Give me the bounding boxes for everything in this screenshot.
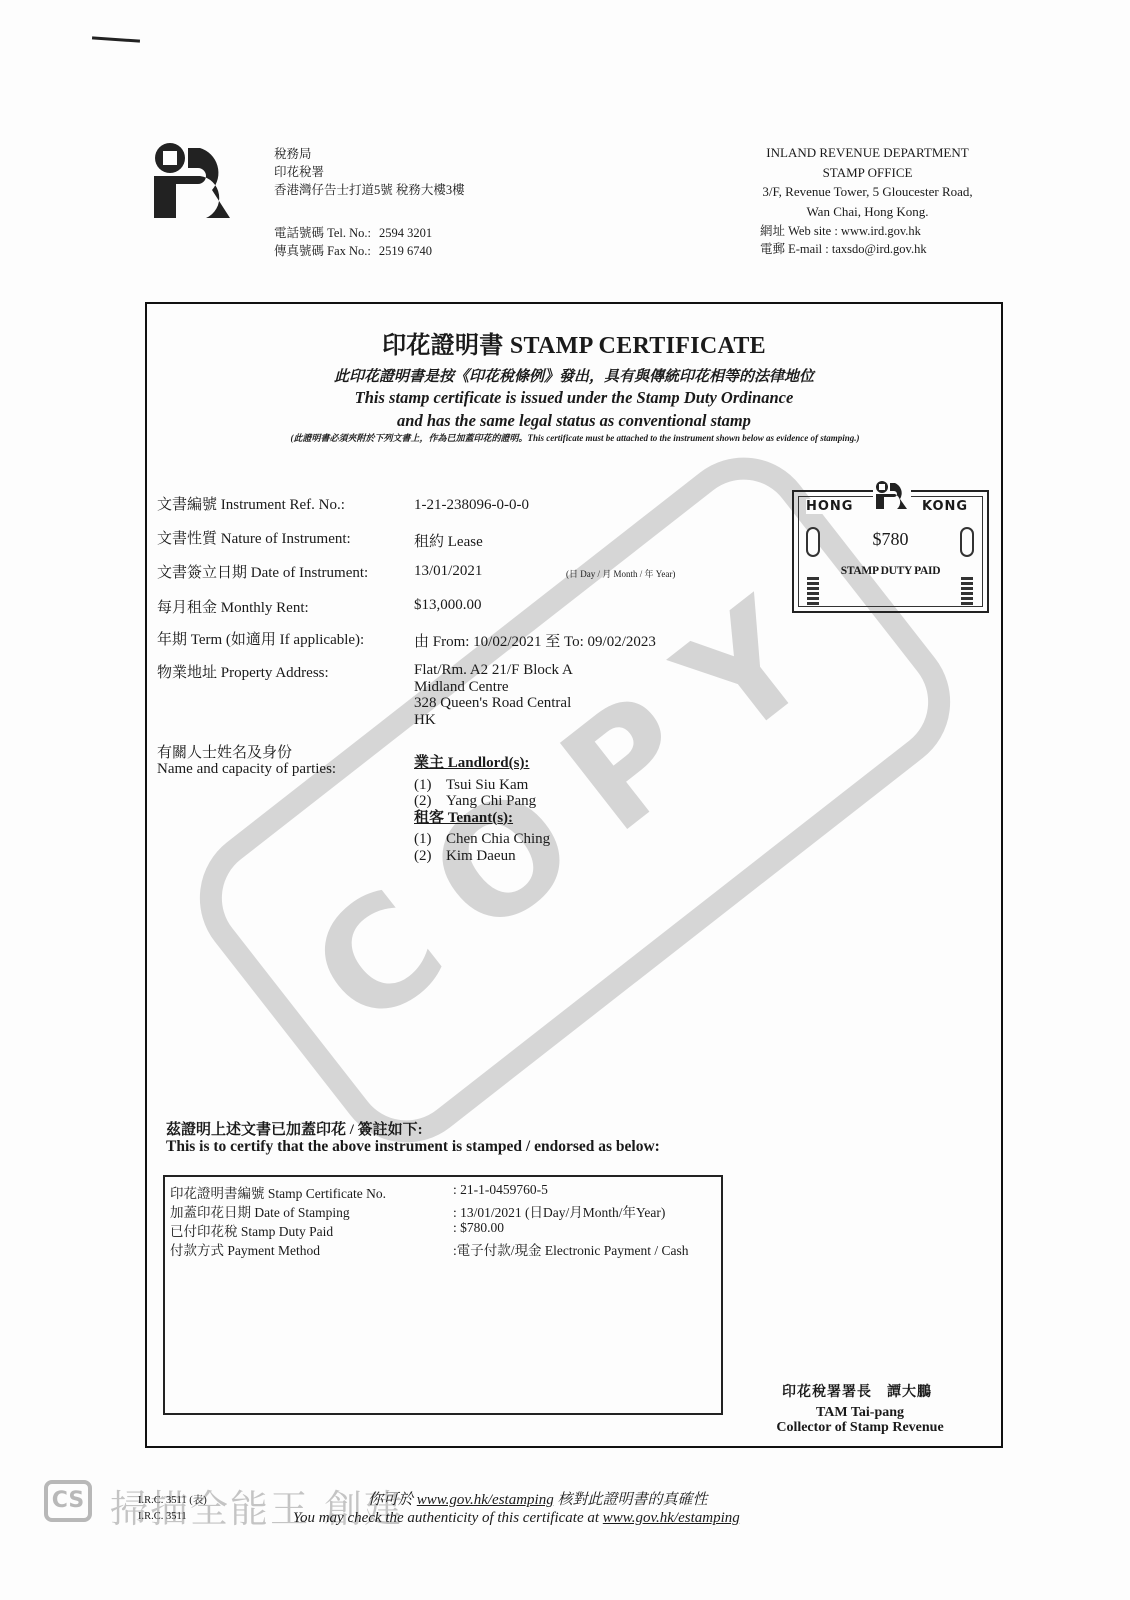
form-code: I.R.C. 3511 (表): [138, 1492, 207, 1507]
scan-artifact-line: [92, 36, 140, 42]
tenant-heading: 租客 Tenant(s):: [414, 810, 550, 827]
stamping-date-label: 加蓋印花日期 Date of Stamping: [170, 1201, 350, 1221]
landlord-heading: 業主 Landlord(s):: [414, 755, 550, 772]
stamp-amount: $780: [792, 529, 989, 550]
nature-label: 文書性質 Nature of Instrument:: [157, 527, 351, 548]
certificate-subtitle-en: This stamp certificate is issued under t…: [145, 386, 1003, 432]
parties-label: 有關人士姓名及身份 Name and capacity of parties:: [157, 745, 336, 777]
stamp-kong-text: KONG: [922, 499, 968, 514]
signatory-title-cn: 印花稅署署長 譚大鵬: [782, 1381, 932, 1401]
list-item: (1)Chen Chia Ching: [414, 831, 550, 848]
estamping-link[interactable]: www.gov.hk/estamping: [603, 1510, 740, 1526]
date-label: 文書簽立日期 Date of Instrument:: [157, 561, 368, 582]
payment-method-value: :電子付款/現金 Electronic Payment / Cash: [453, 1239, 688, 1259]
address-en-line-2: Wan Chai, Hong Kong.: [735, 202, 1000, 222]
term-label: 年期 Term (如適用 If applicable):: [157, 628, 364, 649]
cert-no-label: 印花證明書編號 Stamp Certificate No.: [170, 1182, 386, 1202]
date-value: 13/01/2021: [414, 563, 482, 580]
stamp-caption: STAMP DUTY PAID: [792, 565, 989, 577]
cert-no-value: : 21-1-0459760-5: [453, 1182, 548, 1198]
department-cn-line: 稅務局: [274, 145, 465, 163]
office-en-line: STAMP OFFICE: [735, 163, 1000, 183]
form-code: I.R.C. 3511: [138, 1511, 187, 1522]
address-line: HK: [414, 712, 573, 729]
list-item: (1)Tsui Siu Kam: [414, 777, 550, 794]
ird-logo-icon: [150, 140, 240, 220]
address-line: Midland Centre: [414, 679, 573, 696]
payment-method-label: 付款方式 Payment Method: [170, 1239, 320, 1259]
certificate-subtitle-cn: 此印花證明書是按《印花稅條例》發出，具有與傳統印花相等的法律地位: [145, 365, 1003, 386]
estamping-link[interactable]: www.gov.hk/estamping: [417, 1492, 554, 1508]
ird-stamp-logo-icon: [873, 480, 911, 510]
duty-paid-label: 已付印花稅 Stamp Duty Paid: [170, 1220, 333, 1240]
tel-value: 2594 3201: [379, 224, 432, 242]
list-item: (2)Kim Daeun: [414, 848, 550, 865]
nature-value: 租約 Lease: [414, 530, 483, 551]
duty-paid-value: : $780.00: [453, 1220, 504, 1236]
verify-note-en: You may check the authenticity of this c…: [293, 1510, 740, 1527]
term-value: 由 From: 10/02/2021 至 To: 09/02/2023: [414, 630, 656, 651]
address-label: 物業地址 Property Address:: [157, 661, 329, 682]
rent-label: 每月租金 Monthly Rent:: [157, 596, 309, 617]
certify-heading-cn: 茲證明上述文書已加蓋印花 / 簽註如下:: [166, 1118, 423, 1139]
stamp-ornament-icon: [961, 575, 973, 605]
verify-note-cn: 你可於 www.gov.hk/estamping 核對此證明書的真確性: [368, 1488, 707, 1509]
signatory-block: TAM Tai-pang Collector of Stamp Revenue: [760, 1405, 960, 1435]
certify-heading-en: This is to certify that the above instru…: [166, 1138, 660, 1156]
date-format-hint: (日 Day / 月 Month / 年 Year): [566, 567, 675, 580]
rent-value: $13,000.00: [414, 597, 482, 614]
parties-label-en: Name and capacity of parties:: [157, 761, 336, 777]
signatory-name: TAM Tai-pang: [760, 1405, 960, 1420]
fax-label: 傳真號碼 Fax No.:: [274, 244, 371, 258]
department-chinese-address: 稅務局 印花稅署 香港灣仔告士打道5號 稅務大樓3樓: [274, 145, 465, 199]
property-address: Flat/Rm. A2 21/F Block A Midland Centre …: [414, 662, 573, 728]
subtitle-en-line-2: and has the same legal status as convent…: [145, 409, 1003, 432]
parties-label-cn: 有關人士姓名及身份: [157, 745, 336, 761]
certificate-title: 印花證明書 STAMP CERTIFICATE: [145, 325, 1003, 360]
stamp-hong-text: HONG: [806, 499, 853, 514]
address-cn-line: 香港灣仔告士打道5號 稅務大樓3樓: [274, 181, 465, 199]
attachment-note: (此證明書必須夾附於下列文書上，作為已加蓋印花的證明。This certific…: [150, 431, 1000, 444]
address-line: 328 Queen's Road Central: [414, 695, 573, 712]
website-link[interactable]: 網址 Web site : www.ird.gov.hk: [760, 222, 927, 240]
email-link[interactable]: 電郵 E-mail : taxsdo@ird.gov.hk: [760, 240, 927, 258]
fax-value: 2519 6740: [379, 242, 432, 260]
ref-label: 文書編號 Instrument Ref. No.:: [157, 493, 345, 514]
stamp-ornament-icon: [807, 575, 819, 605]
office-cn-line: 印花稅署: [274, 163, 465, 181]
subtitle-en-line-1: This stamp certificate is issued under t…: [145, 386, 1003, 409]
department-en-line: INLAND REVENUE DEPARTMENT: [735, 143, 1000, 163]
stamping-date-value: : 13/01/2021 (日Day/月Month/年Year): [453, 1201, 665, 1221]
signatory-title-en: Collector of Stamp Revenue: [760, 1420, 960, 1435]
web-contacts: 網址 Web site : www.ird.gov.hk 電郵 E-mail :…: [760, 222, 927, 258]
address-en-line-1: 3/F, Revenue Tower, 5 Gloucester Road,: [735, 182, 1000, 202]
list-item: (2)Yang Chi Pang: [414, 793, 550, 810]
contact-numbers: 電話號碼 Tel. No.:2594 3201 傳真號碼 Fax No.:251…: [274, 224, 432, 260]
department-english-address: INLAND REVENUE DEPARTMENT STAMP OFFICE 3…: [735, 143, 1000, 221]
parties-list: 業主 Landlord(s): (1)Tsui Siu Kam (2)Yang …: [414, 755, 550, 864]
tel-label: 電話號碼 Tel. No.:: [274, 226, 371, 240]
scanner-badge-icon: CS: [44, 1480, 92, 1522]
ref-value: 1-21-238096-0-0-0: [414, 497, 529, 514]
address-line: Flat/Rm. A2 21/F Block A: [414, 662, 573, 679]
